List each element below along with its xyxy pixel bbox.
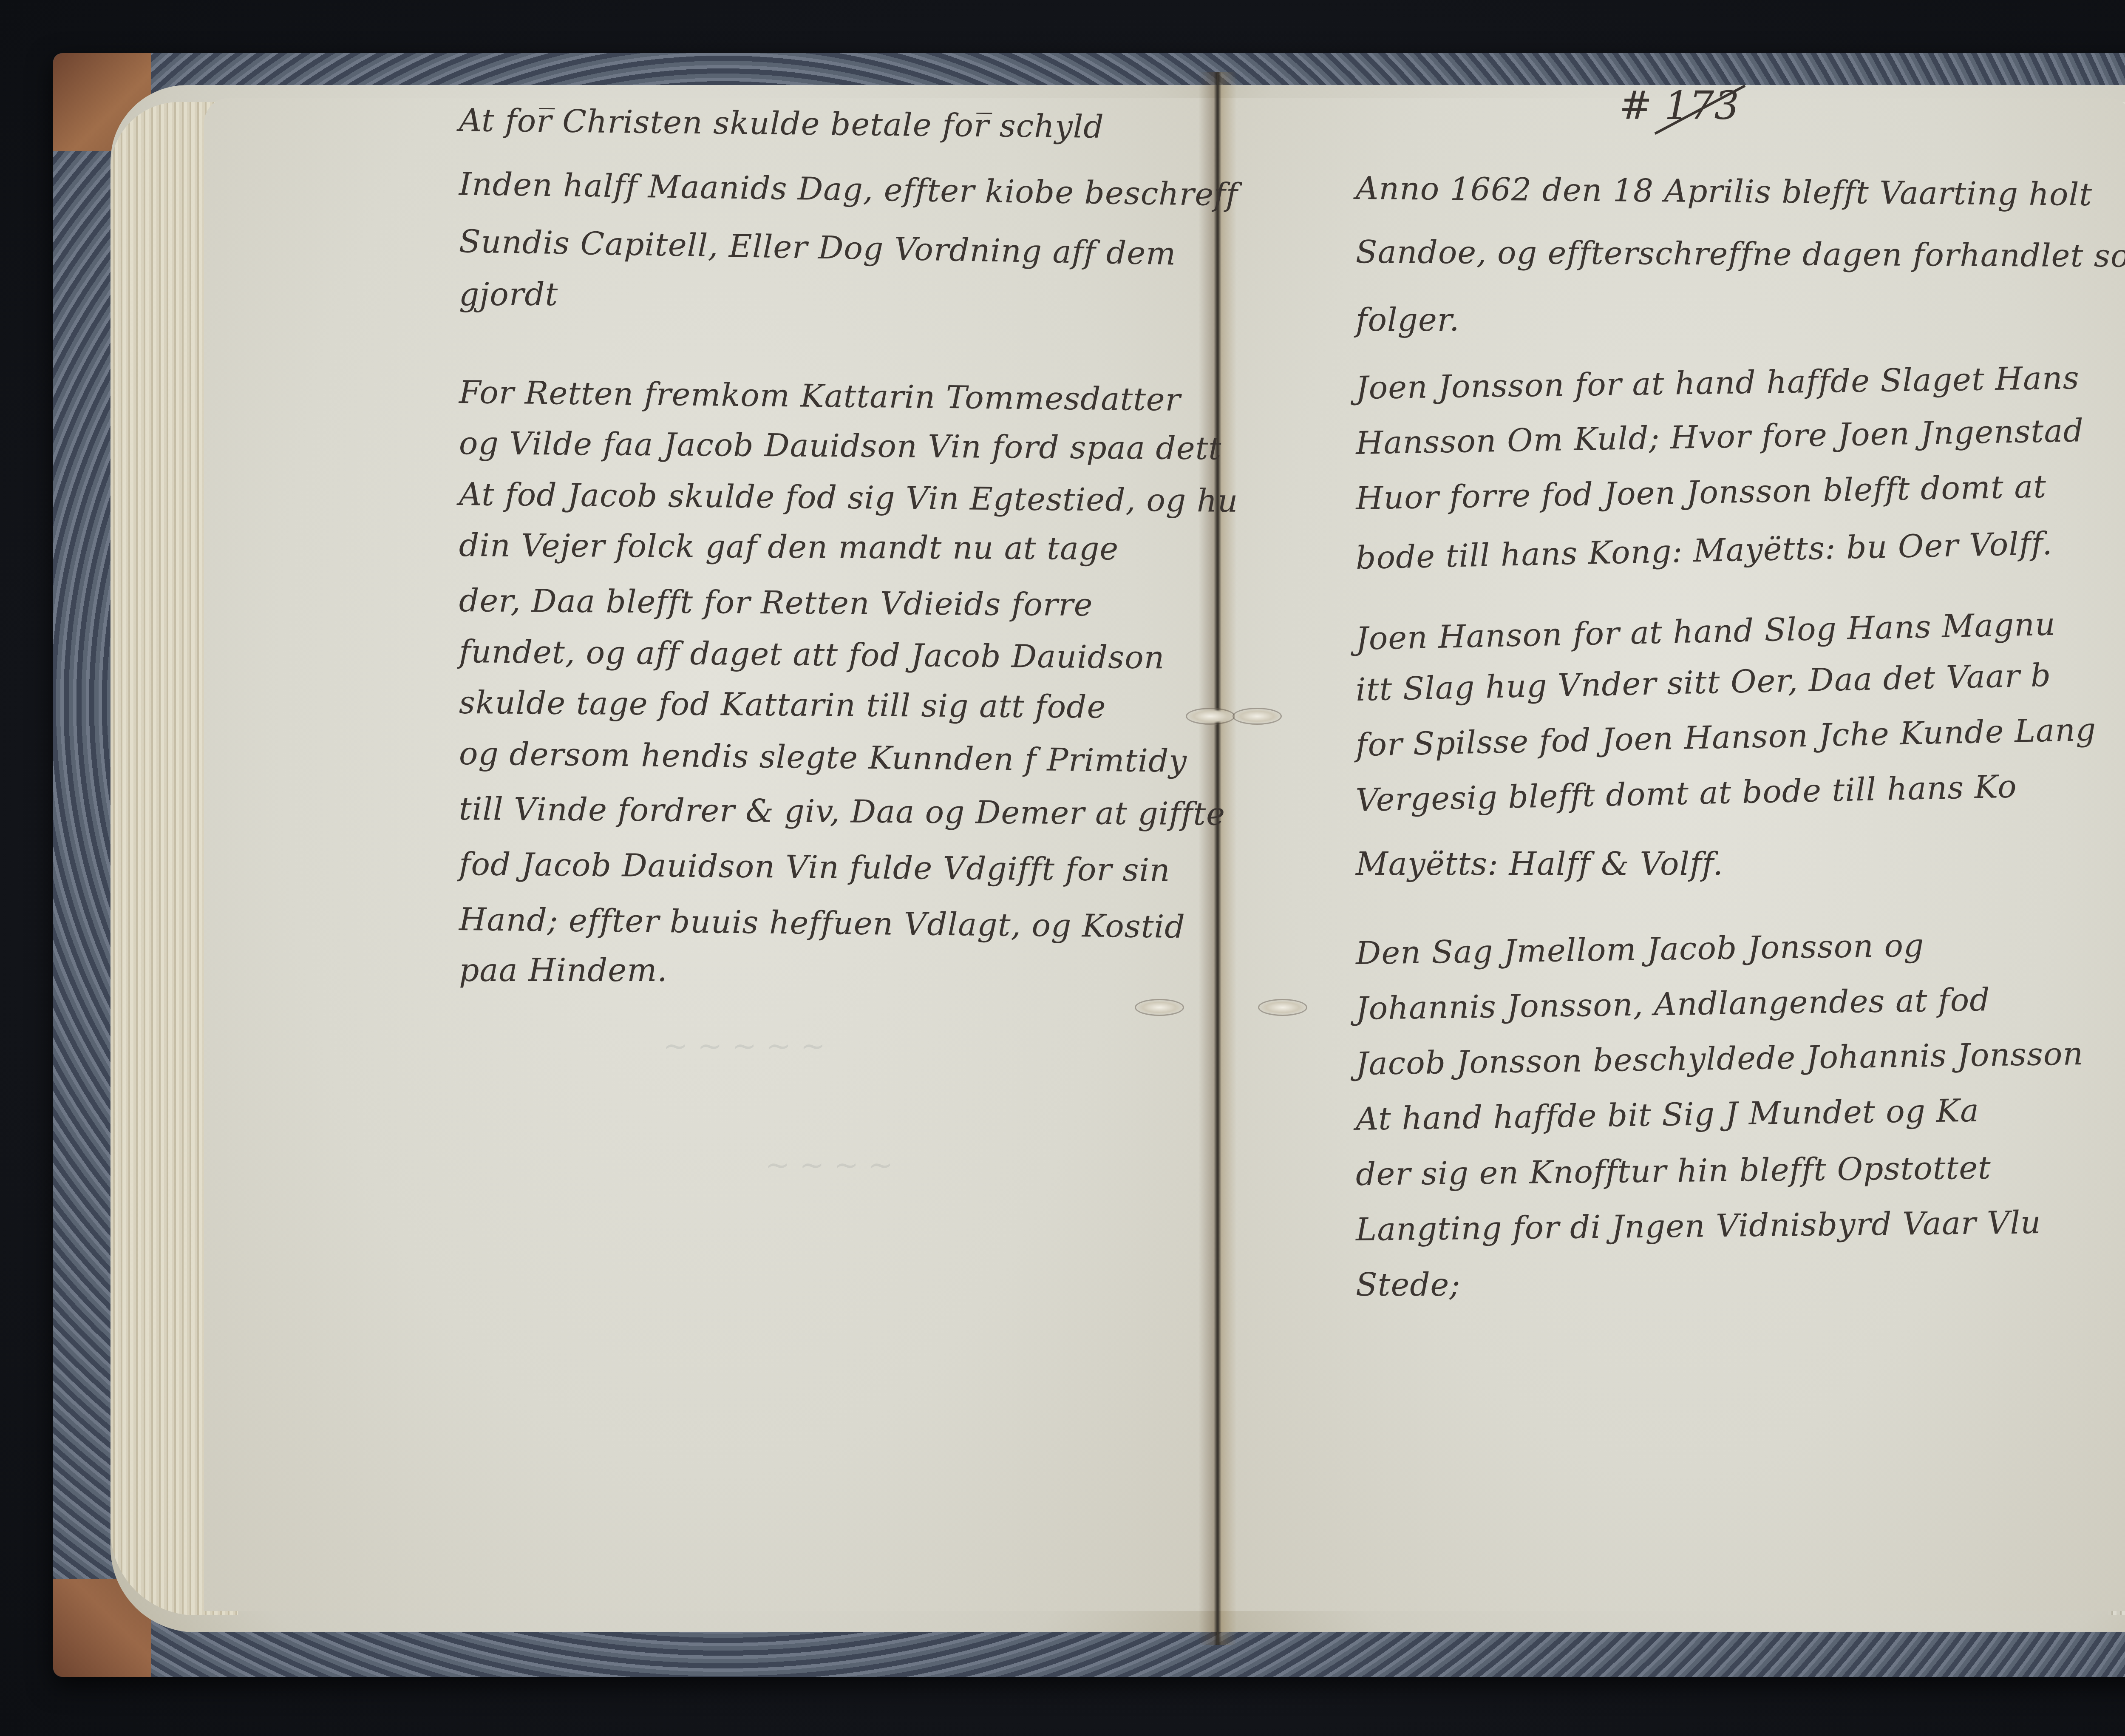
manuscript-line: till Vinde fordrer & giv, Daa og Demer a… — [459, 791, 1207, 832]
manuscript-line: skulde tage fod Kattarin till sig att fo… — [459, 684, 1207, 726]
binding-stitch — [1135, 999, 1184, 1016]
ink-bleed-through: ~ ~ ~ ~ ~ — [663, 1029, 825, 1064]
manuscript-line: Hand; effter buuis heffuen Vdlagt, og Ko… — [459, 901, 1207, 945]
manuscript-line: fundet, og aff daget att fod Jacob Dauid… — [459, 633, 1207, 676]
manuscript-line: Anno 1662 den 18 Aprilis blefft Vaarting… — [1356, 170, 2125, 214]
manuscript-line: din Vejer folck gaf den mandt nu at tage — [459, 527, 1207, 567]
binding-stitch — [1232, 708, 1282, 725]
manuscript-line: og dersom hendis slegte Kunnden f Primti… — [459, 735, 1207, 780]
manuscript-line: folger. — [1356, 302, 2125, 338]
manuscript-line: Sandoe, og effterschreffne dagen forhand… — [1356, 234, 2125, 275]
manuscript-line: og Vilde faa Jacob Dauidson Vin ford spa… — [459, 425, 1207, 467]
ink-bleed-through: ~ ~ ~ ~ — [765, 1148, 893, 1183]
gutter-fold-line — [1217, 72, 1218, 1645]
manuscript-line: Stede; — [1356, 1267, 2125, 1303]
manuscript-line: paa Hindem. — [459, 952, 1207, 989]
folio-number: # 173 — [1619, 83, 1739, 128]
manuscript-line: fod Jacob Dauidson Vin fulde Vdgifft for… — [459, 846, 1207, 889]
manuscript-line: At fod Jacob skulde fod sig Vin Egtestie… — [459, 476, 1207, 519]
manuscript-line: der, Daa blefft for Retten Vdieids forre — [459, 582, 1207, 624]
manuscript-line: Mayëtts: Halff & Volff. — [1356, 846, 2125, 882]
manuscript-line: gjordt — [459, 276, 1207, 313]
manuscript-line: At for̅ Christen skulde betale for̅ schy… — [459, 102, 1207, 146]
manuscript-line: For Retten fremkom Kattarin Tommesdatter — [459, 374, 1207, 418]
binding-stitch — [1258, 999, 1307, 1016]
